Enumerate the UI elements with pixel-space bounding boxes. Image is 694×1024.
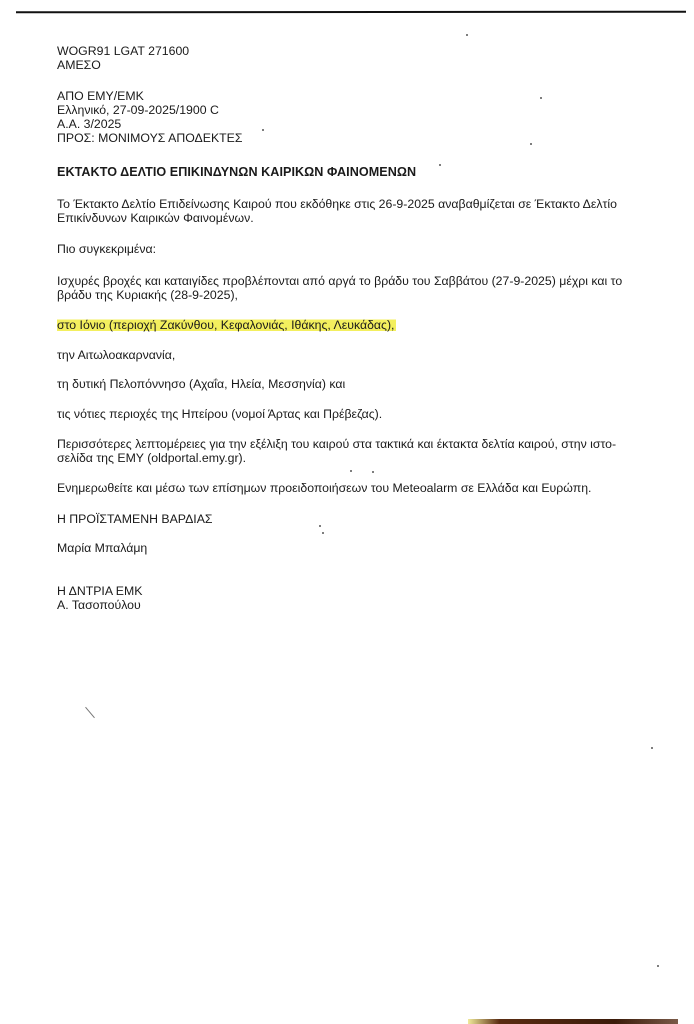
document-title: ΕΚΤΑΚΤΟ ΔΕΛΤΙΟ ΕΠΙΚΙΝΔΥΝΩΝ ΚΑΙΡΙΚΩΝ ΦΑΙΝ… — [57, 165, 416, 179]
scan-speck — [466, 34, 468, 36]
scan-speck — [657, 965, 659, 967]
intro-line: Το Έκτακτο Δελτίο Επιδείνωσης Καιρού που… — [57, 197, 617, 211]
shift-supervisor-name: Μαρία Μπαλάμη — [57, 541, 147, 555]
scan-bottom-edge — [468, 1019, 678, 1024]
scan-speck — [439, 164, 441, 166]
region-west-peloponnese: τη δυτική Πελοπόννησο (Αχαΐα, Ηλεία, Μεσ… — [57, 377, 345, 391]
priority-label: ΑΜΕΣΟ — [57, 58, 189, 72]
sender-block: ΑΠΟ ΕΜΥ/ΕΜΚ Ελληνικό, 27-09-2025/1900 C … — [57, 89, 242, 145]
region-ionian: στο Ιόνιο (περιοχή Ζακύνθου, Κεφαλονιάς,… — [57, 318, 396, 332]
scan-speck — [540, 97, 542, 99]
scan-scratch — [85, 707, 95, 718]
region-aitoloakarnania: την Αιτωλοακαρνανία, — [57, 348, 175, 362]
scan-speck — [262, 129, 264, 131]
forecast-line: Ισχυρές βροχές και καταιγίδες προβλέποντ… — [57, 274, 622, 288]
highlighted-text: στο Ιόνιο (περιοχή Ζακύνθου, Κεφαλονιάς,… — [57, 318, 396, 332]
director-signature: Η ΔΝΤΡΙΑ ΕΜΚ Α. Τασοπούλου — [57, 584, 142, 612]
scan-speck — [319, 525, 321, 527]
scan-speck — [530, 143, 532, 145]
reference-number: Α.Α. 3/2025 — [57, 117, 242, 131]
forecast-line: βράδυ της Κυριακής (28-9-2025), — [57, 288, 622, 302]
shift-supervisor-title: Η ΠΡΟΪΣΤΑΜΕΝΗ ΒΑΡΔΙΑΣ — [57, 512, 213, 526]
top-border-line — [16, 11, 686, 14]
scan-speck — [322, 532, 324, 534]
intro-paragraph: Το Έκτακτο Δελτίο Επιδείνωσης Καιρού που… — [57, 197, 617, 225]
region-south-epirus: τις νότιες περιοχές της Ηπείρου (νομοί Ά… — [57, 407, 382, 421]
scan-speck — [651, 747, 653, 749]
message-code: WOGR91 LGAT 271600 — [57, 44, 189, 58]
place-date: Ελληνικό, 27-09-2025/1900 C — [57, 103, 242, 117]
director-title: Η ΔΝΤΡΙΑ ΕΜΚ — [57, 584, 142, 598]
recipients: ΠΡΟΣ: ΜΟΝΙΜΟΥΣ ΑΠΟΔΕΚΤΕΣ — [57, 131, 242, 145]
director-name: Α. Τασοπούλου — [57, 598, 142, 612]
scan-speck — [372, 471, 374, 473]
details-line: Περισσότερες λεπτομέρειες για την εξέλιξ… — [57, 437, 616, 451]
intro-line: Επικίνδυνων Καιρικών Φαινομένων. — [57, 211, 617, 225]
specifically-label: Πιο συγκεκριμένα: — [57, 242, 156, 256]
sender: ΑΠΟ ΕΜΥ/ΕΜΚ — [57, 89, 242, 103]
message-header: WOGR91 LGAT 271600 ΑΜΕΣΟ — [57, 44, 189, 72]
details-paragraph: Περισσότερες λεπτομέρειες για την εξέλιξ… — [57, 437, 616, 465]
details-line: σελίδα της ΕΜΥ (oldportal.emy.gr). — [57, 451, 616, 465]
forecast-paragraph: Ισχυρές βροχές και καταιγίδες προβλέποντ… — [57, 274, 622, 302]
meteoalarm-note: Ενημερωθείτε και μέσω των επίσημων προει… — [57, 481, 591, 495]
scan-speck — [350, 470, 352, 472]
